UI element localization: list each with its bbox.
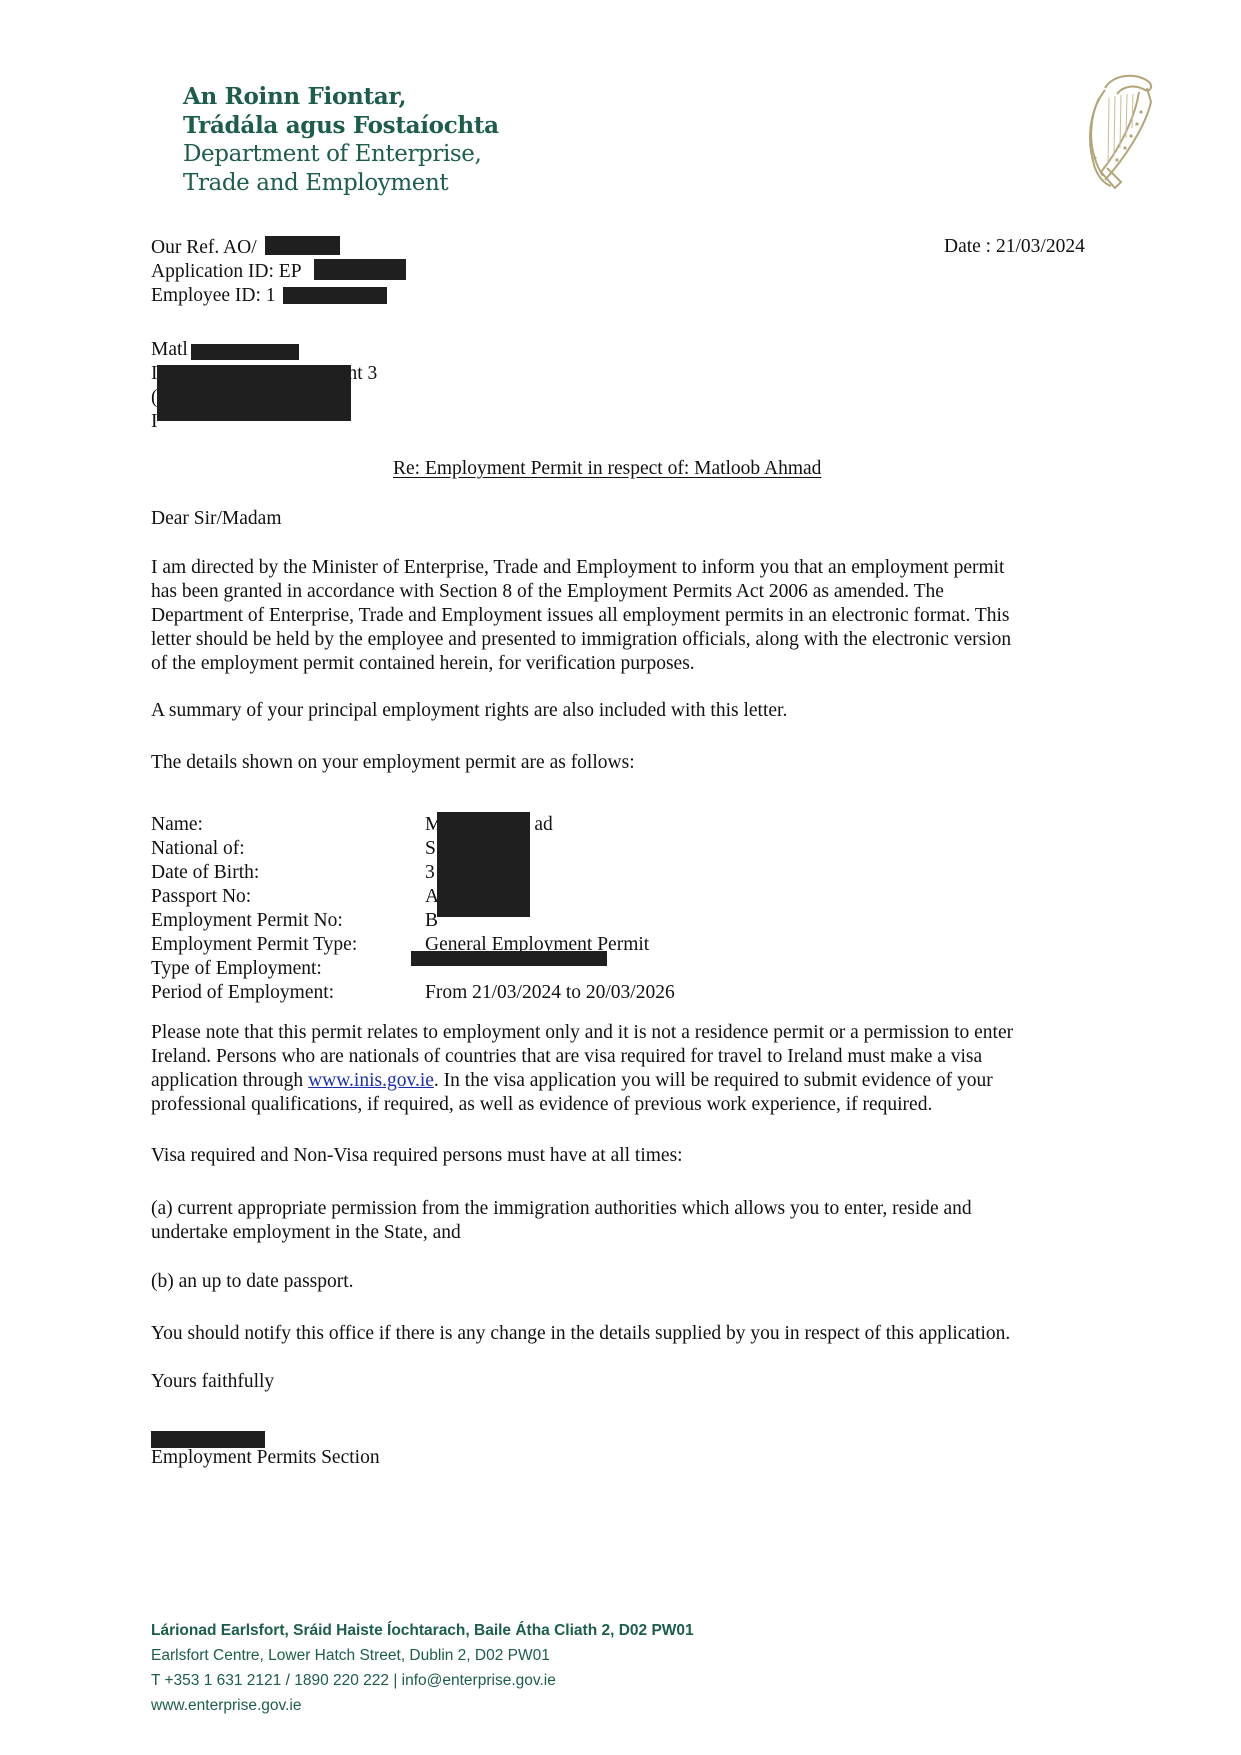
letter-date: Date : 21/03/2024 xyxy=(944,236,1085,258)
inis-website-link[interactable]: www.inis.gov.ie xyxy=(308,1070,434,1091)
footer-phone-email: T +353 1 631 2121 / 1890 220 222 | info@… xyxy=(151,1668,694,1693)
department-name-english-1: Department of Enterprise, xyxy=(183,140,499,169)
paragraph-notify-changes: You should notify this office if there i… xyxy=(151,1323,1010,1345)
redaction-box xyxy=(157,365,351,421)
paragraph-visa-note: Please note that this permit relates to … xyxy=(151,1021,1091,1117)
paragraph-permit-granted: I am directed by the Minister of Enterpr… xyxy=(151,556,1091,676)
detail-row-period: Period of Employment: From 21/03/2024 to… xyxy=(151,981,675,1005)
paragraph-details-intro: The details shown on your employment per… xyxy=(151,752,635,774)
footer-contact: Lárionad Earlsfort, Sráid Haiste Íochtar… xyxy=(151,1618,694,1718)
department-name-english-2: Trade and Employment xyxy=(183,169,499,198)
requirement-item-b: (b) an up to date passport. xyxy=(151,1271,354,1293)
paragraph-rights-summary: A summary of your principal employment r… xyxy=(151,700,787,722)
redaction-box xyxy=(283,287,387,304)
paragraph-requirements-intro: Visa required and Non-Visa required pers… xyxy=(151,1145,683,1167)
detail-row-permit-no: Employment Permit No: B xyxy=(151,909,675,933)
redaction-box xyxy=(437,812,530,917)
requirement-item-a: (a) current appropriate permission from … xyxy=(151,1197,1091,1245)
redaction-box xyxy=(265,236,340,255)
closing: Yours faithfully xyxy=(151,1371,274,1393)
redaction-box xyxy=(411,951,607,966)
detail-row-nationality: National of: S xyxy=(151,837,675,861)
redaction-box xyxy=(191,344,299,360)
footer-website: www.enterprise.gov.ie xyxy=(151,1693,694,1718)
harp-crest-icon xyxy=(1075,68,1157,196)
footer-irish-address: Lárionad Earlsfort, Sráid Haiste Íochtar… xyxy=(151,1618,694,1643)
signature-redaction xyxy=(151,1431,265,1448)
signature-section: Employment Permits Section xyxy=(151,1447,380,1469)
footer-english-address: Earlsfort Centre, Lower Hatch Street, Du… xyxy=(151,1643,694,1668)
letter-page: An Roinn Fiontar, Trádála agus Fostaíoch… xyxy=(0,0,1241,1755)
detail-row-date-of-birth: Date of Birth: 3 xyxy=(151,861,675,885)
department-logo: An Roinn Fiontar, Trádála agus Fostaíoch… xyxy=(183,82,499,198)
permit-details-table: Name: Mad National of: S Date of Birth: … xyxy=(151,813,675,1005)
letter-subject: Re: Employment Permit in respect of: Mat… xyxy=(393,458,821,480)
redaction-box xyxy=(314,259,406,280)
department-name-irish-2: Trádála agus Fostaíochta xyxy=(183,111,499,140)
department-name-irish-1: An Roinn Fiontar, xyxy=(183,82,499,111)
application-id-prefix: Application ID: EP xyxy=(151,261,302,282)
detail-row-name: Name: Mad xyxy=(151,813,675,837)
salutation: Dear Sir/Madam xyxy=(151,508,282,530)
detail-row-passport: Passport No: A xyxy=(151,885,675,909)
